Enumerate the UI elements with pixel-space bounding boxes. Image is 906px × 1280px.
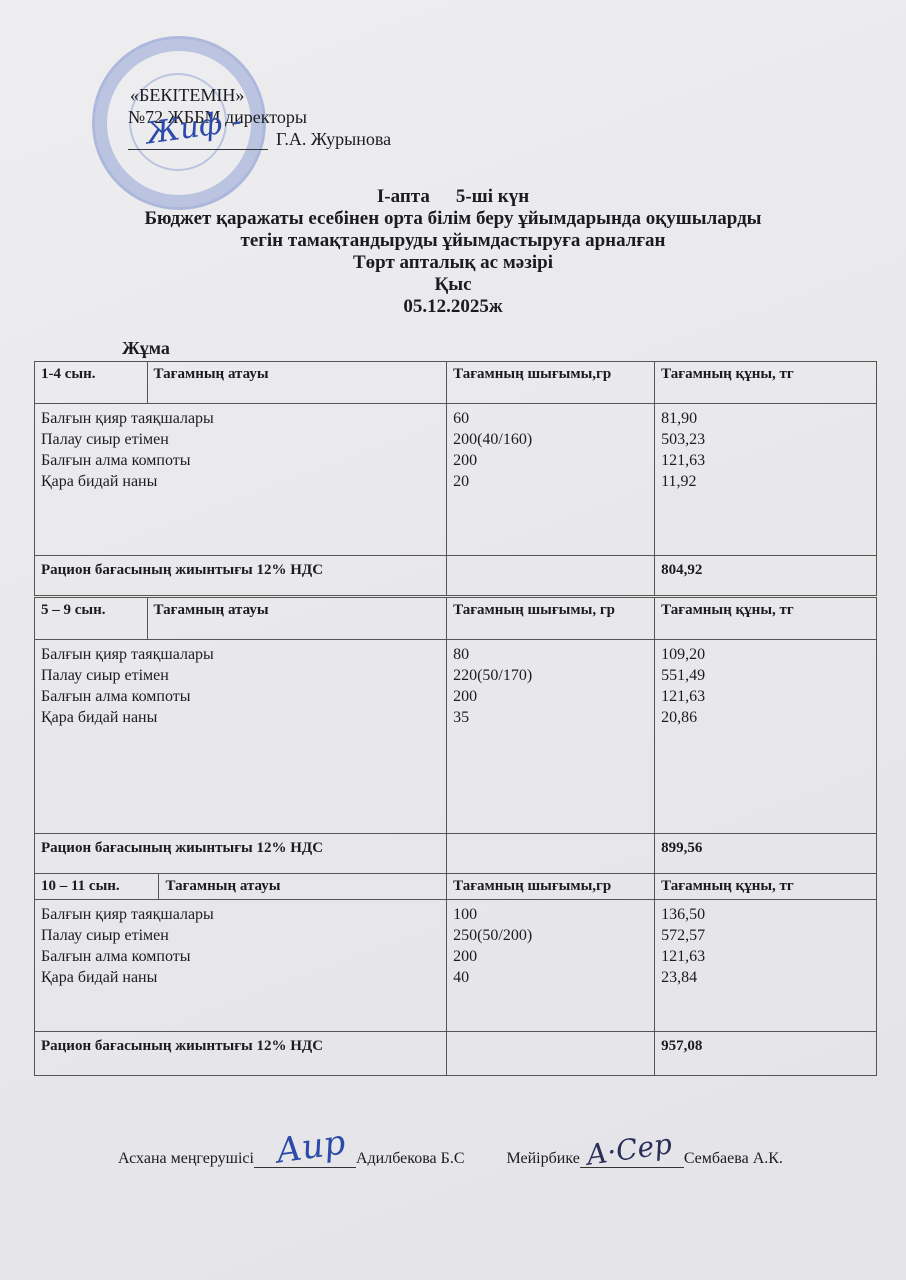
dish-price: 23,84: [661, 967, 870, 988]
dish-yield: 200: [453, 946, 648, 967]
dish-name: Балғын қияр таяқшалары: [41, 408, 440, 429]
dish-name: Палау сиыр етімен: [41, 429, 440, 450]
header-yield: Тағамның шығымы,гр: [447, 362, 655, 404]
menu-date: 05.12.2025ж: [0, 296, 906, 318]
yields-cell: 60 200(40/160) 200 20: [447, 404, 655, 556]
approval-title: «БЕКІТЕМІН»: [130, 84, 391, 106]
manager-role: Асхана меңгерушісі: [118, 1150, 254, 1168]
total-empty-cell: [447, 556, 655, 596]
header-price: Тағамның құны, тг: [655, 598, 877, 640]
manager-signature-line: Аир: [254, 1153, 356, 1168]
nurse-name: Сембаева А.К.: [684, 1150, 783, 1168]
dish-name: Қара бидай наны: [41, 967, 440, 988]
dish-name: Қара бидай наны: [41, 707, 440, 728]
dish-name: Палау сиыр етімен: [41, 925, 440, 946]
total-row: Рацион бағасының жиынтығы 12% НДС 957,08: [35, 1032, 877, 1076]
total-value: 899,56: [655, 834, 877, 874]
yields-cell: 100 250(50/200) 200 40: [447, 900, 655, 1032]
header-yield: Тағамның шығымы,гр: [447, 874, 655, 900]
prices-cell: 81,90 503,23 121,63 11,92: [655, 404, 877, 556]
document-header: І-апта5-ші күн Бюджет қаражаты есебінен …: [0, 186, 906, 318]
manager-name: Адилбекова Б.С: [356, 1150, 465, 1168]
dish-price: 20,86: [661, 707, 870, 728]
table-header-row: 1-4 сын. Тағамның атауы Тағамның шығымы,…: [35, 362, 877, 404]
dish-name: Палау сиыр етімен: [41, 665, 440, 686]
total-label: Рацион бағасының жиынтығы 12% НДС: [35, 834, 447, 874]
director-signature: Жиф -: [145, 110, 243, 145]
total-label: Рацион бағасының жиынтығы 12% НДС: [35, 556, 447, 596]
dish-names-cell: Балғын қияр таяқшалары Палау сиыр етімен…: [35, 900, 447, 1032]
nurse-signature-line: А·Сер: [580, 1153, 684, 1168]
prices-cell: 136,50 572,57 121,63 23,84: [655, 900, 877, 1032]
dish-price: 121,63: [661, 946, 870, 967]
header-price: Тағамның құны, тг: [655, 874, 877, 900]
season-label: Қыс: [0, 274, 906, 296]
prices-cell: 109,20 551,49 121,63 20,86: [655, 640, 877, 834]
table-header-row: 5 – 9 сын. Тағамның атауы Тағамның шығым…: [35, 598, 877, 640]
dish-name: Балғын алма компоты: [41, 450, 440, 471]
dish-yield: 200(40/160): [453, 429, 648, 450]
dish-price: 503,23: [661, 429, 870, 450]
dish-price: 81,90: [661, 408, 870, 429]
header-yield: Тағамның шығымы, гр: [447, 598, 655, 640]
table-items-row: Балғын қияр таяқшалары Палау сиыр етімен…: [35, 404, 877, 556]
dish-yield: 35: [453, 707, 648, 728]
grade-cell: 5 – 9 сын.: [35, 598, 148, 640]
dish-price: 11,92: [661, 471, 870, 492]
dish-yield: 200: [453, 450, 648, 471]
total-empty-cell: [447, 1032, 655, 1076]
grade-cell: 1-4 сын.: [35, 362, 148, 404]
dish-yield: 100: [453, 904, 648, 925]
dish-yield: 80: [453, 644, 648, 665]
header-dish-name: Тағамның атауы: [159, 874, 447, 900]
dish-price: 136,50: [661, 904, 870, 925]
title-line-2: тегін тамақтандыруды ұйымдастыруға арнал…: [0, 230, 906, 252]
approval-signature-row: Жиф - Г.А. Журынова: [128, 128, 391, 150]
signatures-footer: Асхана меңгерушісі Аир Адилбекова Б.С Ме…: [118, 1150, 783, 1168]
total-value: 957,08: [655, 1032, 877, 1076]
dish-name: Қара бидай наны: [41, 471, 440, 492]
dish-names-cell: Балғын қияр таяқшалары Палау сиыр етімен…: [35, 640, 447, 834]
yields-cell: 80 220(50/170) 200 35: [447, 640, 655, 834]
dish-yield: 220(50/170): [453, 665, 648, 686]
dish-yield: 250(50/200): [453, 925, 648, 946]
dish-yield: 200: [453, 686, 648, 707]
header-dish-name: Тағамның атауы: [147, 598, 447, 640]
director-name: Г.А. Журынова: [276, 128, 391, 150]
menu-table-grades-10-11: 10 – 11 сын. Тағамның атауы Тағамның шығ…: [34, 873, 877, 1076]
title-line-3: Төрт апталық ас мәзірі: [0, 252, 906, 274]
day-label: 5-ші күн: [456, 186, 529, 207]
manager-signature: Аир: [274, 1122, 348, 1171]
total-empty-cell: [447, 834, 655, 874]
dish-name: Балғын алма компоты: [41, 686, 440, 707]
approval-block: «БЕКІТЕМІН» №72 ЖББМ директоры Жиф - Г.А…: [128, 84, 391, 150]
nurse-role: Мейірбике: [507, 1150, 580, 1168]
header-dish-name: Тағамның атауы: [147, 362, 447, 404]
table-items-row: Балғын қияр таяқшалары Палау сиыр етімен…: [35, 640, 877, 834]
dish-name: Балғын алма компоты: [41, 946, 440, 967]
total-row: Рацион бағасының жиынтығы 12% НДС 804,92: [35, 556, 877, 596]
dish-yield: 60: [453, 408, 648, 429]
dish-name: Балғын қияр таяқшалары: [41, 904, 440, 925]
grade-cell: 10 – 11 сын.: [35, 874, 159, 900]
total-row: Рацион бағасының жиынтығы 12% НДС 899,56: [35, 834, 877, 874]
dish-yield: 20: [453, 471, 648, 492]
nurse-signature: А·Сер: [584, 1127, 674, 1172]
header-price: Тағамның құны, тг: [655, 362, 877, 404]
dish-price: 572,57: [661, 925, 870, 946]
dish-price: 551,49: [661, 665, 870, 686]
week-day-line: І-апта5-ші күн: [0, 186, 906, 208]
total-value: 804,92: [655, 556, 877, 596]
dish-names-cell: Балғын қияр таяқшалары Палау сиыр етімен…: [35, 404, 447, 556]
table-items-row: Балғын қияр таяқшалары Палау сиыр етімен…: [35, 900, 877, 1032]
director-signature-line: Жиф -: [128, 131, 268, 150]
total-label: Рацион бағасының жиынтығы 12% НДС: [35, 1032, 447, 1076]
week-label: І-апта: [377, 186, 430, 207]
weekday-label: Жұма: [122, 338, 170, 359]
dish-price: 121,63: [661, 686, 870, 707]
dish-yield: 40: [453, 967, 648, 988]
dish-name: Балғын қияр таяқшалары: [41, 644, 440, 665]
document-page: «БЕКІТЕМІН» №72 ЖББМ директоры Жиф - Г.А…: [0, 0, 906, 1280]
table-header-row: 10 – 11 сын. Тағамның атауы Тағамның шығ…: [35, 874, 877, 900]
title-line-1: Бюджет қаражаты есебінен орта білім беру…: [0, 208, 906, 230]
menu-table-grades-1-4: 1-4 сын. Тағамның атауы Тағамның шығымы,…: [34, 361, 877, 596]
dish-price: 109,20: [661, 644, 870, 665]
menu-table-grades-5-9: 5 – 9 сын. Тағамның атауы Тағамның шығым…: [34, 597, 877, 874]
dish-price: 121,63: [661, 450, 870, 471]
